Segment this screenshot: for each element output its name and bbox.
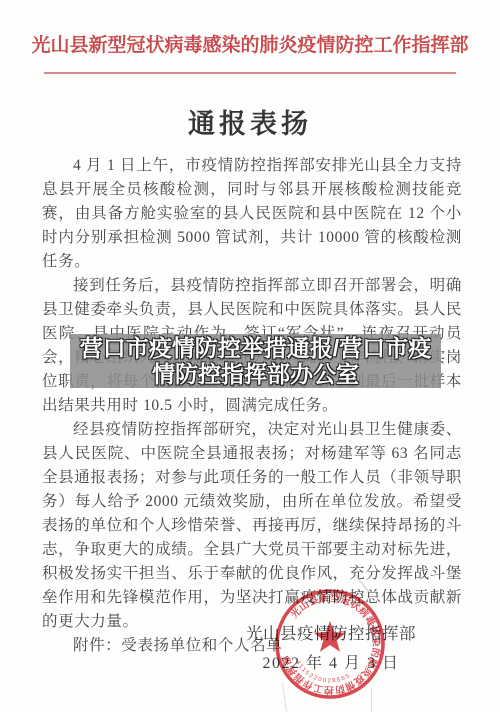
body-paragraph-1: 4 月 1 日上午，市疫情防控指挥部安排光山县全力支持息县开展全员核酸检测，同时… [42, 154, 462, 274]
letterhead-authority-title: 光山县新型冠状病毒感染的肺炎疫情防控工作指挥部 [0, 0, 500, 57]
official-seal: 光山县新型冠状病毒感染的肺炎疫情防控工作指挥部 4115220028565 [272, 586, 388, 702]
video-caption-text: 营口市疫情防控举措通报/营口市疫情防控指挥部办公室 [70, 334, 441, 388]
body-paragraph-3: 经县疫情防控指挥部研究，决定对光山县卫生健康委、县人民医院、中医院全县通报表扬；… [42, 418, 462, 634]
star-icon [314, 621, 346, 652]
document-body: 4 月 1 日上午，市疫情防控指挥部安排光山县全力支持息县开展全员核酸检测，同时… [42, 154, 462, 658]
letterhead-divider [44, 72, 456, 74]
document-title: 通报表扬 [0, 102, 500, 141]
video-caption-overlay: 营口市疫情防控举措通报/营口市疫情防控指挥部办公室 [70, 334, 441, 388]
document-page: 光山县新型冠状病毒感染的肺炎疫情防控工作指挥部 通报表扬 4 月 1 日上午，市… [0, 0, 500, 712]
